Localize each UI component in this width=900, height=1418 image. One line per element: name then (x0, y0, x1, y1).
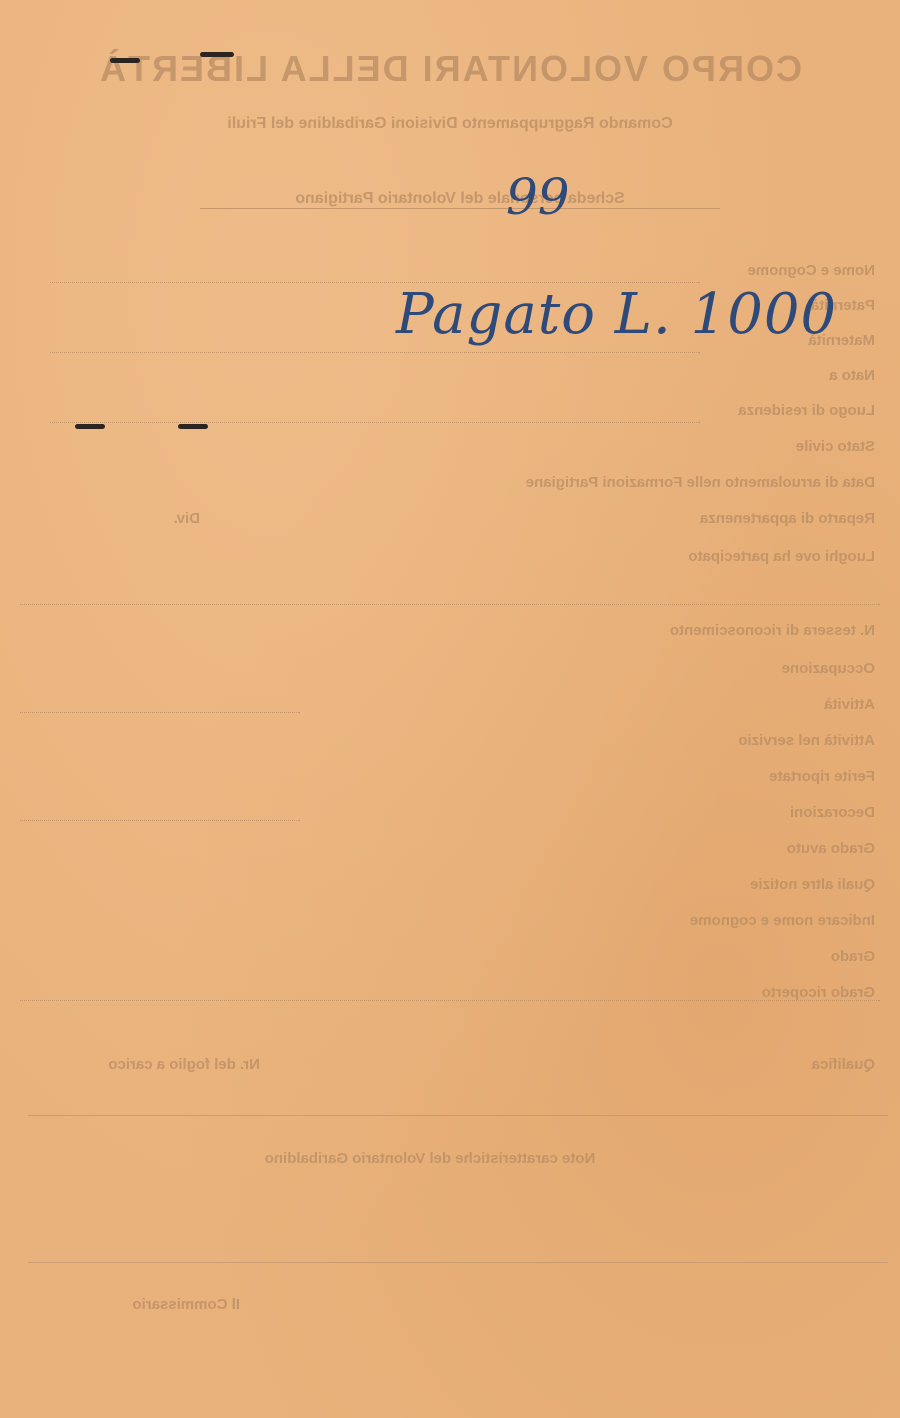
fill-line (50, 352, 700, 353)
field-label: Luoghi ove ha partecipato (688, 548, 875, 565)
staple-mark (110, 58, 140, 63)
form-title: CORPO VOLONTARI DELLA LIBERTÀ (50, 48, 850, 90)
field-label: Ferite riportate (769, 768, 875, 785)
form-subtitle: Comando Raggruppamento Divisioni Garibal… (150, 115, 750, 133)
field-label: Indicare nome e cognome (690, 912, 875, 929)
div-label: Div. (174, 510, 200, 527)
field-label: Grado avuto (787, 840, 875, 857)
handwritten-payment: Pagato L. 1000 (396, 282, 837, 347)
divider (28, 1115, 888, 1116)
field-label: Quali altre notizie (750, 876, 875, 893)
field-label: Grado (831, 948, 875, 965)
staple-mark (200, 52, 234, 57)
field-label: Attività nel servizio (738, 732, 875, 749)
field-label: Reparto di appartenenza (700, 510, 875, 527)
fill-line (20, 712, 300, 713)
handwritten-number: 99 (506, 168, 570, 226)
section-note: Note caratteristiche del Volontario Gari… (160, 1150, 700, 1167)
field-label: Qualifica (812, 1056, 875, 1073)
field-label: N. tessera di riconoscimento (670, 622, 875, 639)
signature-label: Il Commissario (132, 1296, 240, 1313)
field-label: Decorazioni (790, 804, 875, 821)
fill-line (50, 422, 700, 423)
field-label: Occupazione (782, 660, 875, 677)
form-subtitle-2: Scheda personale del Volontario Partigia… (200, 190, 720, 209)
field-label: Attività (824, 696, 875, 713)
field-label: Data di arruolamento nelle Formazioni Pa… (526, 474, 875, 491)
bleedthrough-form: CORPO VOLONTARI DELLA LIBERTÀ Comando Ra… (0, 0, 900, 1418)
fill-line (20, 604, 880, 605)
field-label: Stato civile (796, 438, 875, 455)
field-label: Luogo di residenza (738, 402, 875, 419)
staple-mark (178, 424, 208, 429)
divider (28, 1262, 888, 1263)
fill-line (20, 1000, 880, 1001)
field-label: Nato a (829, 367, 875, 384)
fill-line (20, 820, 300, 821)
field-label: Grado ricoperto (762, 984, 875, 1001)
foglio-label: Nr. del foglio a carico (108, 1056, 260, 1073)
field-label: Nome e Cognome (747, 262, 875, 279)
staple-mark (75, 424, 105, 429)
